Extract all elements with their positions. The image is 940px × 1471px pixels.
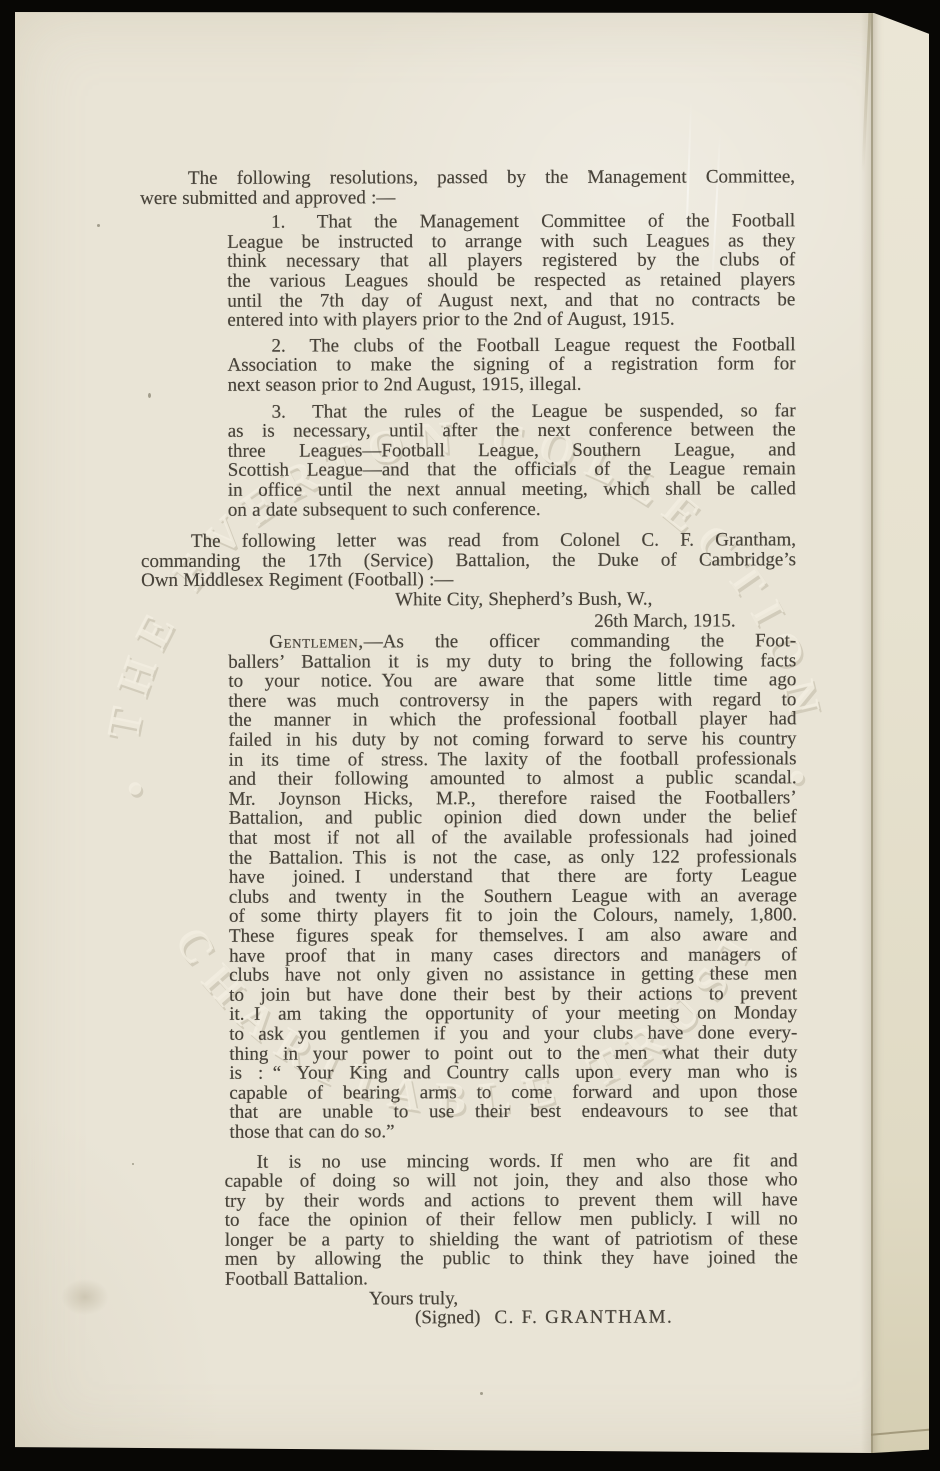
text-line: and their following amounted to almost a… xyxy=(229,769,797,790)
text-line: men by allowing the public to think they… xyxy=(225,1249,798,1270)
document-page: THE EVERTON COLLECTION CHARITABLE TRUST … xyxy=(15,12,930,1455)
text-line: to ask you gentlemen if you and your clu… xyxy=(229,1023,797,1044)
text-line: is : “ Your King and Country calls upon … xyxy=(229,1062,797,1083)
text-line: The following resolutions, passed by the… xyxy=(140,167,795,188)
salutation: Gentlemen, xyxy=(269,631,364,652)
salutation-line-rest: —As the officer commanding the Foot- xyxy=(364,630,797,652)
text-line: The following letter was read from Colon… xyxy=(141,530,796,551)
text-line: 1. That the Management Committee of the … xyxy=(227,211,795,232)
text-line: that most if not all of the available pr… xyxy=(229,827,797,848)
signature-line: (Signed)C. F. GRANTHAM. xyxy=(415,1308,798,1329)
paper-speck xyxy=(480,1392,483,1395)
text-column: The following resolutions, passed by the… xyxy=(140,167,798,1329)
scan-border-left xyxy=(0,0,15,1471)
text-line: Own Middlesex Regiment (Football) :— xyxy=(141,570,796,591)
page-edge-strip xyxy=(871,12,930,1455)
text-line: to face the opinion of their fellow men … xyxy=(225,1210,798,1231)
text-line: were submitted and approved :— xyxy=(140,187,795,208)
text-line: to your notice. You are aware that some … xyxy=(228,671,796,692)
letter-salutation-line: Gentlemen,—As the officer commanding the… xyxy=(228,631,796,652)
letter-address: White City, Shepherd’s Bush, W., xyxy=(395,589,796,610)
intro-paragraph: The following resolutions, passed by the… xyxy=(140,167,795,208)
text-line: These figures speak for themselves. I am… xyxy=(229,925,797,946)
letter-preamble: The following letter was read from Colon… xyxy=(141,530,796,590)
text-line: the various Leagues should be respected … xyxy=(227,270,795,291)
letter-closing: Yours truly, xyxy=(369,1288,798,1309)
text-line: commanding the 17th (Service) Battalion,… xyxy=(141,550,796,571)
text-line: Association to make the signing of a reg… xyxy=(227,355,795,376)
letter-body-1: Gentlemen,—As the officer commanding the… xyxy=(228,631,797,1142)
underpage-edge-line xyxy=(871,1428,934,1435)
resolution-2: 2. The clubs of the Football League requ… xyxy=(227,335,795,395)
letter-date: 26th March, 1915. xyxy=(594,612,796,632)
text-line: Football Battalion. xyxy=(225,1268,798,1289)
scanned-document-photo: THE EVERTON COLLECTION CHARITABLE TRUST … xyxy=(0,0,940,1471)
text-line: that are unable to use their best endeav… xyxy=(229,1102,797,1123)
signed-label: (Signed) xyxy=(415,1307,480,1328)
text-line: until the 7th day of August next, and th… xyxy=(227,290,795,311)
letter-body-1-lines: ballers’ Battalion it is my duty to brin… xyxy=(228,651,797,1142)
paper-speck xyxy=(132,1163,134,1165)
text-line: on a date subsequent to such conference. xyxy=(228,499,796,520)
resolution-1: 1. That the Management Committee of the … xyxy=(227,211,795,330)
text-line: Scottish League—and that the officials o… xyxy=(228,460,796,481)
text-line: in office until the next annual meeting,… xyxy=(228,479,796,500)
letter-body-2: It is no use mincing words. If men who a… xyxy=(225,1151,798,1290)
text-line: clubs have not only given no assistance … xyxy=(229,964,797,985)
text-line: those that can do so.” xyxy=(229,1121,797,1142)
text-line: entered into with players prior to the 2… xyxy=(227,309,795,330)
resolution-3: 3. That the rules of the League be suspe… xyxy=(228,401,796,520)
text-line: failed in his duty by not coming forward… xyxy=(228,729,796,750)
signature-name: C. F. GRANTHAM. xyxy=(494,1307,673,1328)
text-line: next season prior to 2nd August, 1915, i… xyxy=(228,374,796,395)
scan-border-right xyxy=(929,0,940,1471)
text-line: as is necessary, until after the next co… xyxy=(228,420,796,441)
text-line: capable of doing so will not join, they … xyxy=(225,1170,798,1191)
paper-speck xyxy=(97,224,100,227)
text-line: have joined. I understand that there are… xyxy=(229,866,797,887)
